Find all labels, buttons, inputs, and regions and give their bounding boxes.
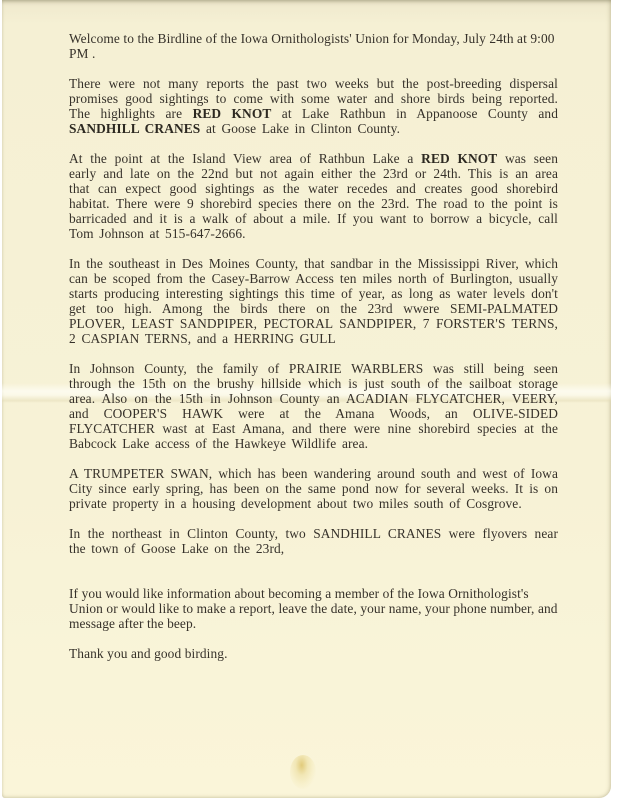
paper: Welcome to the Birdline of the Iowa Orni…	[2, 0, 611, 798]
stain-spot	[290, 755, 316, 789]
species-highlight: RED KNOT	[421, 151, 497, 166]
species-highlight: RED KNOT	[193, 106, 272, 121]
text-run: In the southeast in Des Moines County, t…	[69, 256, 558, 346]
paragraph: Thank you and good birding.	[69, 646, 558, 661]
paragraph: At the point at the Island View area of …	[69, 151, 558, 241]
text-run: In Johnson County, the family of PRAIRIE…	[69, 361, 558, 451]
text-run: at Lake Rathbun in Appanoose County and	[271, 106, 558, 121]
paragraph: In Johnson County, the family of PRAIRIE…	[69, 361, 558, 451]
paragraph: There were not many reports the past two…	[69, 76, 558, 136]
text-run: at Goose Lake in Clinton County.	[200, 121, 400, 136]
paragraph: In the southeast in Des Moines County, t…	[69, 256, 558, 346]
text-run: If you would like information about beco…	[69, 586, 558, 631]
paragraph: In the northeast in Clinton County, two …	[69, 526, 558, 556]
text-run: In the northeast in Clinton County, two …	[69, 526, 558, 556]
text-run: At the point at the Island View area of …	[69, 151, 421, 166]
paragraph: If you would like information about beco…	[69, 586, 558, 631]
document-body: Welcome to the Birdline of the Iowa Orni…	[69, 31, 558, 661]
paragraph: A TRUMPETER SWAN, which has been wanderi…	[69, 466, 558, 511]
paragraph: Welcome to the Birdline of the Iowa Orni…	[69, 31, 558, 61]
species-highlight: SANDHILL CRANES	[69, 121, 200, 136]
scanned-page: Welcome to the Birdline of the Iowa Orni…	[0, 0, 617, 800]
text-run: Welcome to the Birdline of the Iowa Orni…	[69, 31, 555, 61]
text-run: Thank you and good birding.	[69, 646, 228, 661]
text-run: A TRUMPETER SWAN, which has been wanderi…	[69, 466, 558, 511]
